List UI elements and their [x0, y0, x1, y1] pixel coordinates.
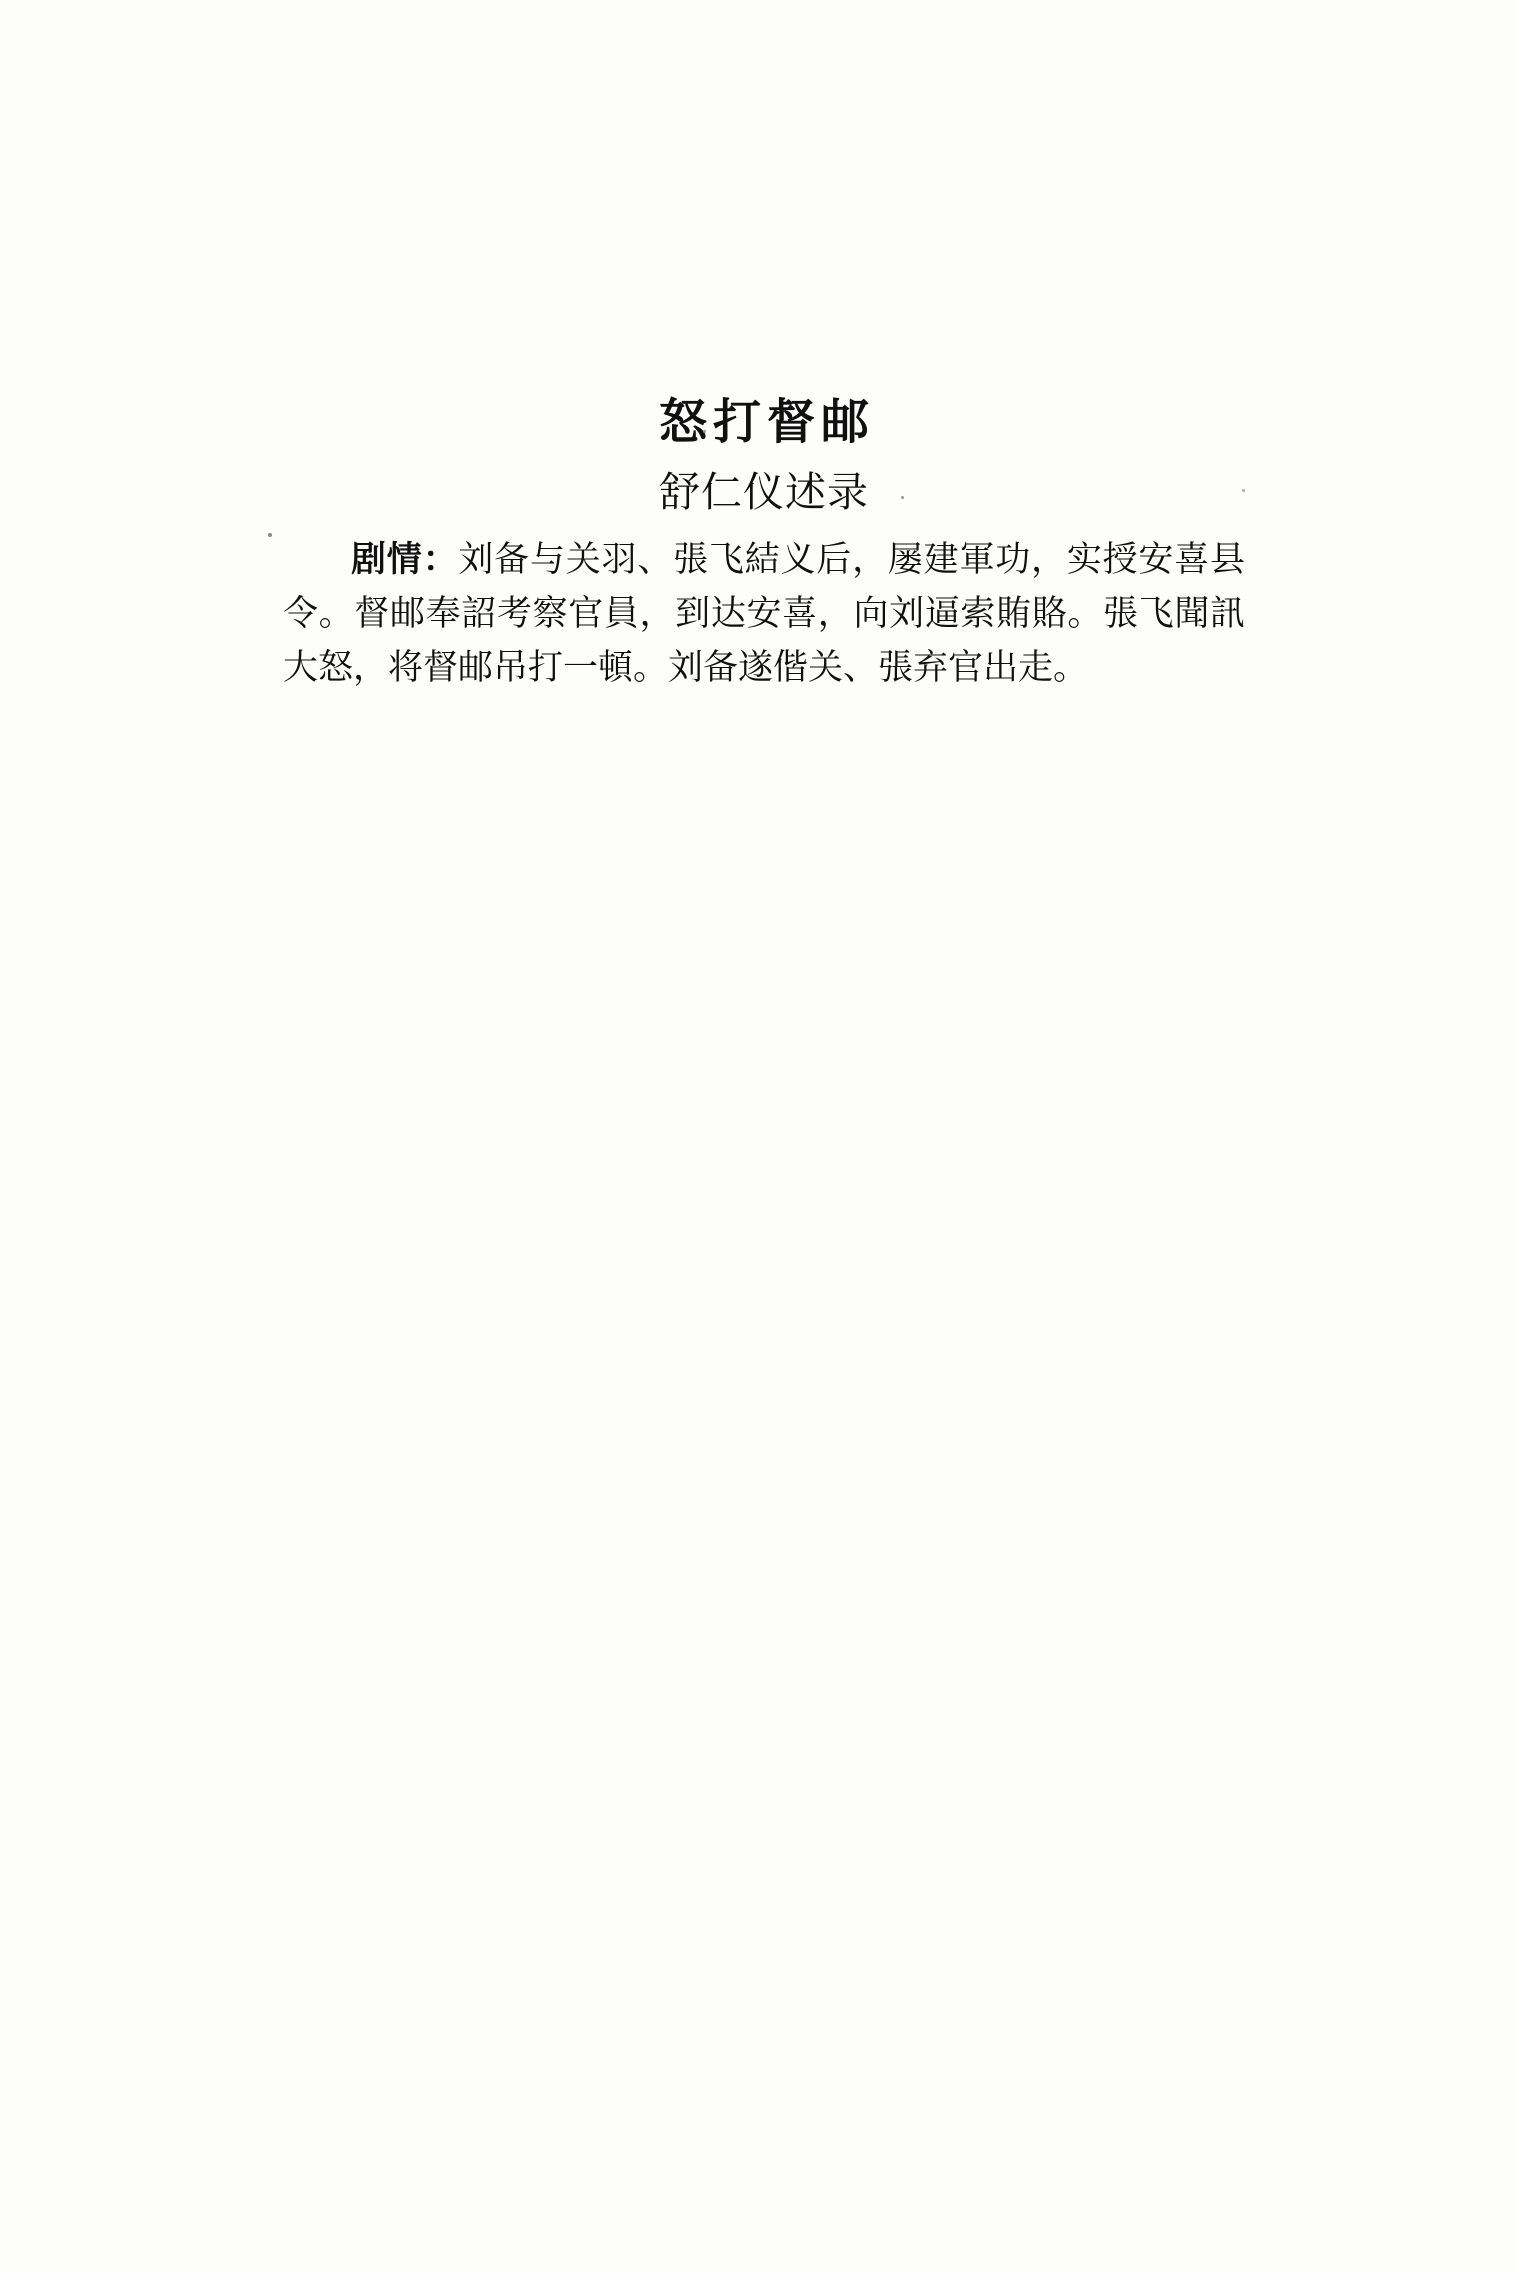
synopsis-line-text: 刘备与关羽、張飞結义后，屡建軍功，实授安喜县 [458, 540, 1245, 580]
synopsis-paragraph: 剧情：刘备与关羽、張飞結义后，屡建軍功，实授安喜县 令。督邮奉詔考察官員，到达安… [283, 533, 1245, 695]
scanned-book-page: 怒打督邮 舒仁仪述录 剧情：刘备与关羽、張飞結义后，屡建軍功，实授安喜县 令。督… [0, 0, 1517, 2273]
scan-speck [268, 533, 272, 537]
scan-speck [1242, 489, 1245, 492]
scan-speck [703, 430, 706, 433]
byline: 舒仁仪述录 [283, 467, 1245, 517]
scan-speck [901, 496, 904, 499]
synopsis-line: 大怒，将督邮吊打一頓。刘备遂偕关、張弃官出走。 [283, 641, 1245, 695]
play-title: 怒打督邮 [283, 394, 1245, 450]
synopsis-label: 剧情： [351, 539, 458, 580]
synopsis-line: 剧情：刘备与关羽、張飞結义后，屡建軍功，实授安喜县 [283, 533, 1245, 587]
synopsis-line: 令。督邮奉詔考察官員，到达安喜，向刘逼索賄賂。張飞聞訊 [283, 587, 1245, 641]
